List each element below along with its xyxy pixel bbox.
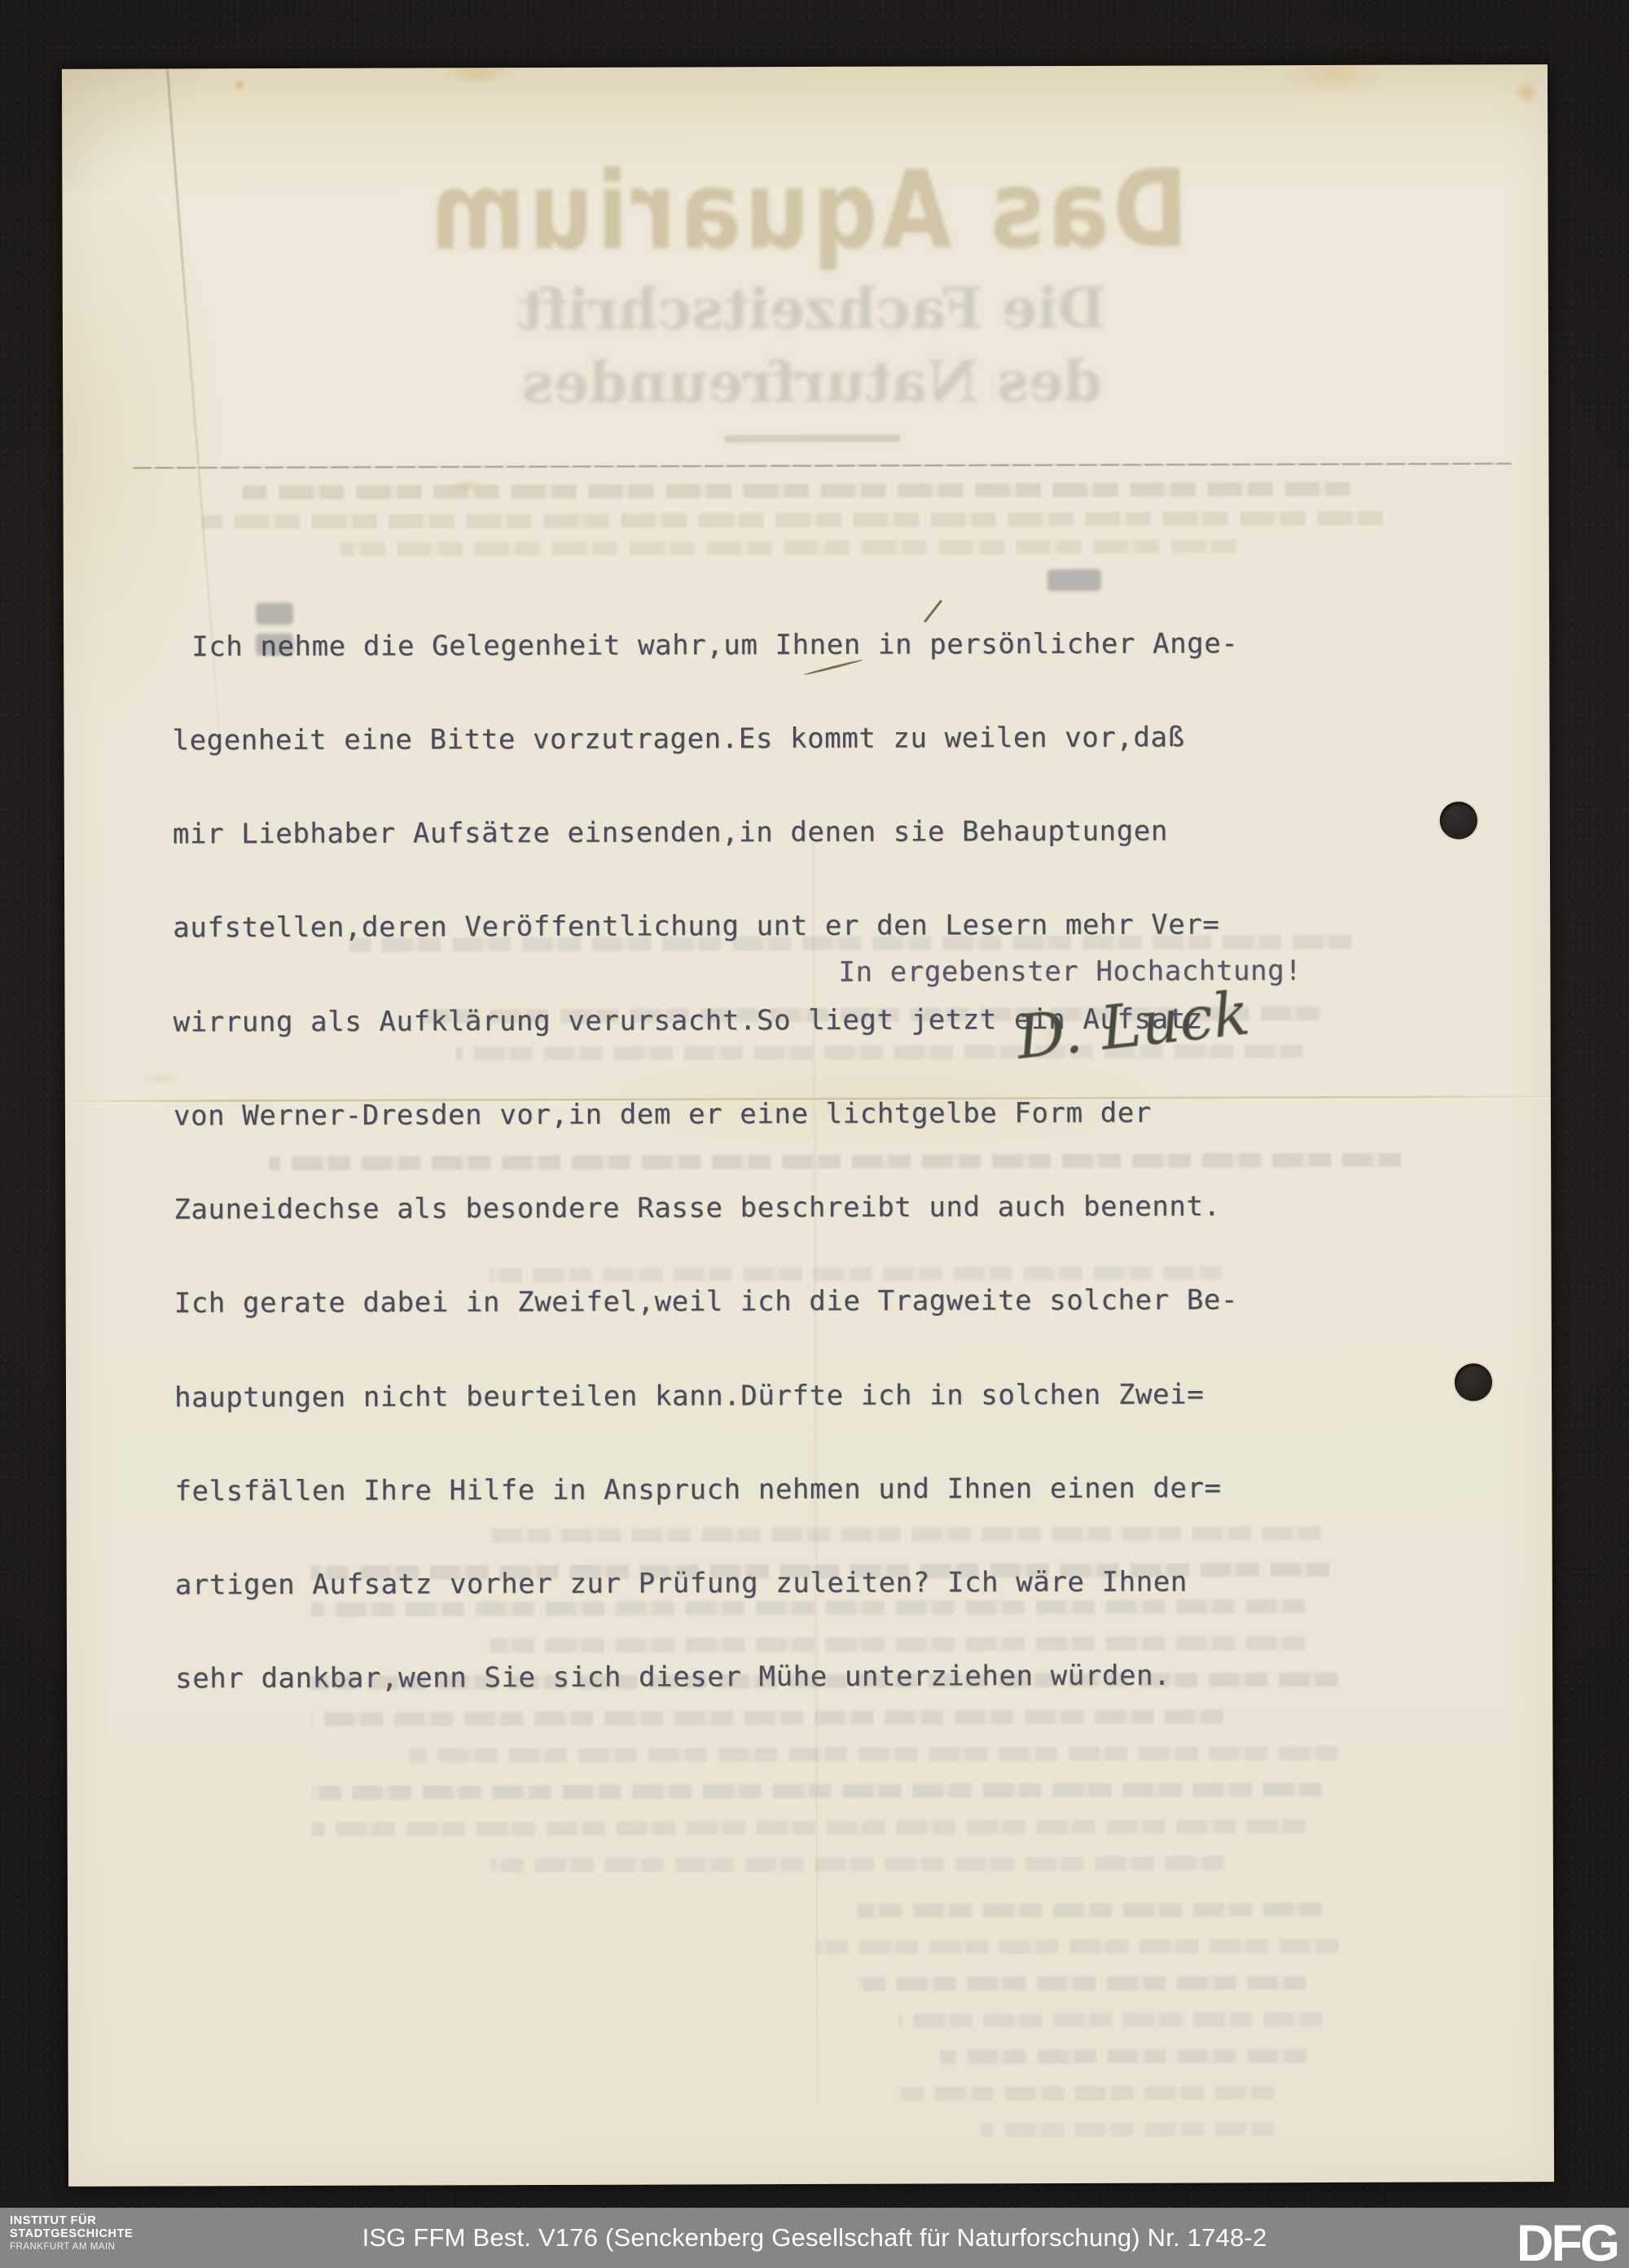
bleedthrough-subtitle-line1: Die Fachzeitschrift [405,275,1219,343]
typed-line-6: von Werner-Dresden vor,in dem er eine li… [173,1097,1240,1132]
bleed-line [243,482,1350,499]
bleedthrough-horizontal-rule [133,463,1511,468]
dfg-logo: DFG [1517,2214,1618,2268]
punch-hole-bottom [1455,1363,1492,1401]
bleed-line [311,1709,1223,1726]
typed-line-7: Zauneidechse als besondere Rasse beschre… [173,1191,1240,1226]
bleed-line [490,1266,1223,1282]
bleed-line [456,1044,1303,1060]
archive-reference: ISG FFM Best. V176 (Senckenberg Gesellsc… [0,2208,1629,2268]
bleed-line [409,1746,1337,1763]
bleed-line [858,1902,1322,1918]
bleed-line [202,511,1383,529]
typed-line-2: legenheit eine Bitte vorzutragen.Es komm… [172,722,1238,757]
bleed-line [340,539,1236,555]
typed-line-3: mir Liebhaber Aufsätze einsenden,in dene… [173,816,1239,851]
bleedthrough-small-line [724,435,900,443]
bleed-line [899,2086,1274,2100]
bleed-line [490,1526,1321,1542]
typed-line-10: felsfällen Ihre Hilfe in Anspruch nehmen… [174,1472,1240,1507]
bleed-line [312,1819,1306,1836]
overstrike-smudge-legenheit [256,603,293,625]
bleed-line [817,1939,1338,1954]
typed-line-8: Ich gerate dabei in Zweifel,weil ich die… [174,1285,1240,1320]
bleed-line [898,2012,1322,2028]
archival-scan-page: Das Aquarium Die Fachzeitschrift des Nat… [0,0,1629,2268]
overstrike-smudge-persoenlicher [1047,569,1101,591]
overstrike-smudge-liebhaber [256,634,293,656]
top-left-fold-shade [62,68,200,191]
bleed-line [491,1856,1224,1872]
typed-line-9: hauptungen nicht beurteilen kann.Dürfte … [174,1379,1240,1414]
bleed-line [424,1007,1319,1023]
bleedthrough-subtitle-line2: des Naturfreundes [405,349,1219,416]
bleed-line [858,1976,1306,1991]
letter-paper-sheet: Das Aquarium Die Fachzeitschrift des Nat… [62,64,1554,2187]
bleedthrough-masthead: Das Aquarium [331,147,1284,274]
typed-line-1: Ich nehme die Gelegenheit wahr,um Ihnen … [172,628,1238,663]
bleed-line [940,2049,1306,2064]
punch-hole-top [1440,801,1478,839]
bleed-line [490,1636,1305,1652]
bleed-line [981,2122,1274,2137]
bleed-line [312,1783,1322,1800]
archive-footer-bar: INSTITUT FÜR STADTGESCHICHTE FRANKFURT A… [0,2208,1629,2268]
